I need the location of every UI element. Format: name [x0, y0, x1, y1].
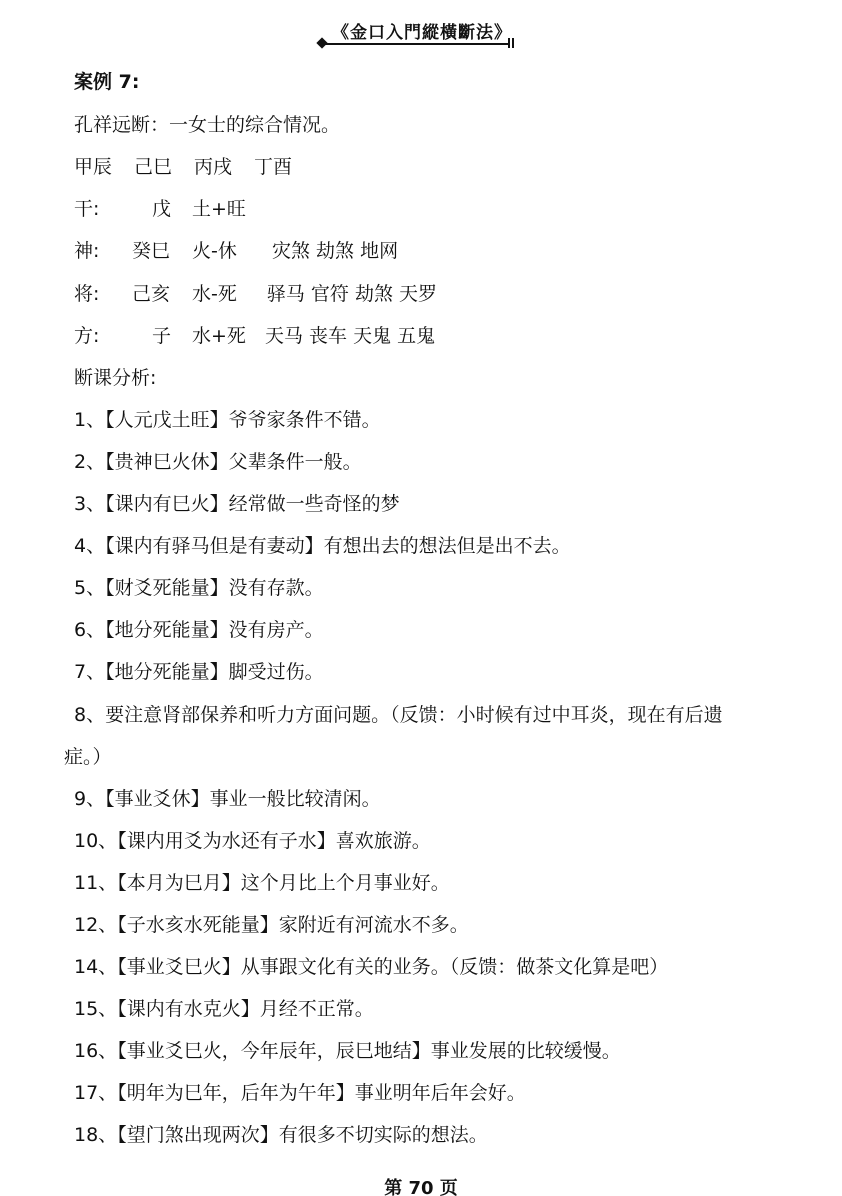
analysis-item: 18、【望门煞出现两次】有很多不切实际的想法。	[74, 1123, 488, 1147]
row-branch: 己亥	[132, 282, 192, 306]
analysis-item: 7、【地分死能量】脚受过伤。	[74, 660, 324, 684]
row-branch: 癸巳	[132, 239, 192, 263]
analysis-item: 15、【课内有水克火】月经不正常。	[74, 997, 374, 1021]
pillar-month: 己巳	[134, 155, 194, 179]
analysis-item: 3、【课内有巳火】经常做一些奇怪的梦	[74, 492, 400, 516]
row-element: 火-休	[192, 239, 272, 263]
running-header: 《金口入門縱橫斷法》	[318, 16, 518, 50]
row-label: 神:	[74, 239, 132, 263]
analysis-item: 17、【明年为巳年，后年为午年】事业明年后年会好。	[74, 1081, 526, 1105]
row-stars: 灾煞 劫煞 地网	[272, 239, 398, 263]
book-title: 《金口入門縱橫斷法》	[332, 18, 512, 43]
analysis-item-continuation: 症。）	[64, 745, 112, 769]
row-element: 水-死	[192, 282, 237, 306]
analysis-item: 9、【事业爻休】事业一般比较清闲。	[74, 787, 381, 811]
row-jiang: 将:己亥水-死驿马 官符 劫煞 天罗	[74, 282, 437, 306]
pillar-hour: 丁酉	[254, 155, 292, 179]
analysis-item: 5、【财爻死能量】没有存款。	[74, 576, 324, 600]
row-element: 土+旺	[192, 197, 246, 221]
row-gan: 干:戊土+旺	[74, 197, 246, 221]
row-branch: 戊	[152, 197, 192, 221]
row-stars: 天马 丧车 天鬼 五鬼	[265, 324, 435, 348]
row-branch: 子	[152, 324, 192, 348]
four-pillars: 甲辰己巳丙戌丁酉	[74, 155, 292, 179]
page-number: 第 70 页	[0, 1174, 842, 1196]
row-stars: 驿马 官符 劫煞 天罗	[267, 282, 437, 306]
case-subtitle: 孔祥远断：一女士的综合情况。	[74, 113, 340, 137]
analysis-item: 11、【本月为巳月】这个月比上个月事业好。	[74, 871, 450, 895]
analysis-heading: 断课分析:	[74, 366, 156, 390]
row-label: 将:	[74, 282, 132, 306]
row-fang: 方:子水+死天马 丧车 天鬼 五鬼	[74, 324, 435, 348]
row-label: 干:	[74, 197, 152, 221]
case-title: 案例 7:	[74, 70, 139, 94]
analysis-item: 1、【人元戊土旺】爷爷家条件不错。	[74, 408, 381, 432]
pillar-year: 甲辰	[74, 155, 134, 179]
analysis-item: 14、【事业爻巳火】从事跟文化有关的业务。（反馈：做茶文化算是吧）	[74, 955, 668, 979]
row-shen: 神:癸巳火-休灾煞 劫煞 地网	[74, 239, 398, 263]
header-rule	[324, 43, 508, 45]
row-element: 水+死	[192, 324, 265, 348]
row-label: 方:	[74, 324, 152, 348]
analysis-item: 10、【课内用爻为水还有子水】喜欢旅游。	[74, 829, 431, 853]
analysis-item: 4、【课内有驿马但是有妻动】有想出去的想法但是出不去。	[74, 534, 571, 558]
analysis-item: 6、【地分死能量】没有房产。	[74, 618, 324, 642]
analysis-item: 2、【贵神巳火休】父辈条件一般。	[74, 450, 362, 474]
pillar-day: 丙戌	[194, 155, 254, 179]
analysis-item: 12、【子水亥水死能量】家附近有河流水不多。	[74, 913, 469, 937]
analysis-item: 8、要注意肾部保养和听力方面问题。（反馈：小时候有过中耳炎，现在有后遗	[74, 703, 723, 727]
analysis-item: 16、【事业爻巳火，今年辰年，辰巳地结】事业发展的比较缓慢。	[74, 1039, 621, 1063]
